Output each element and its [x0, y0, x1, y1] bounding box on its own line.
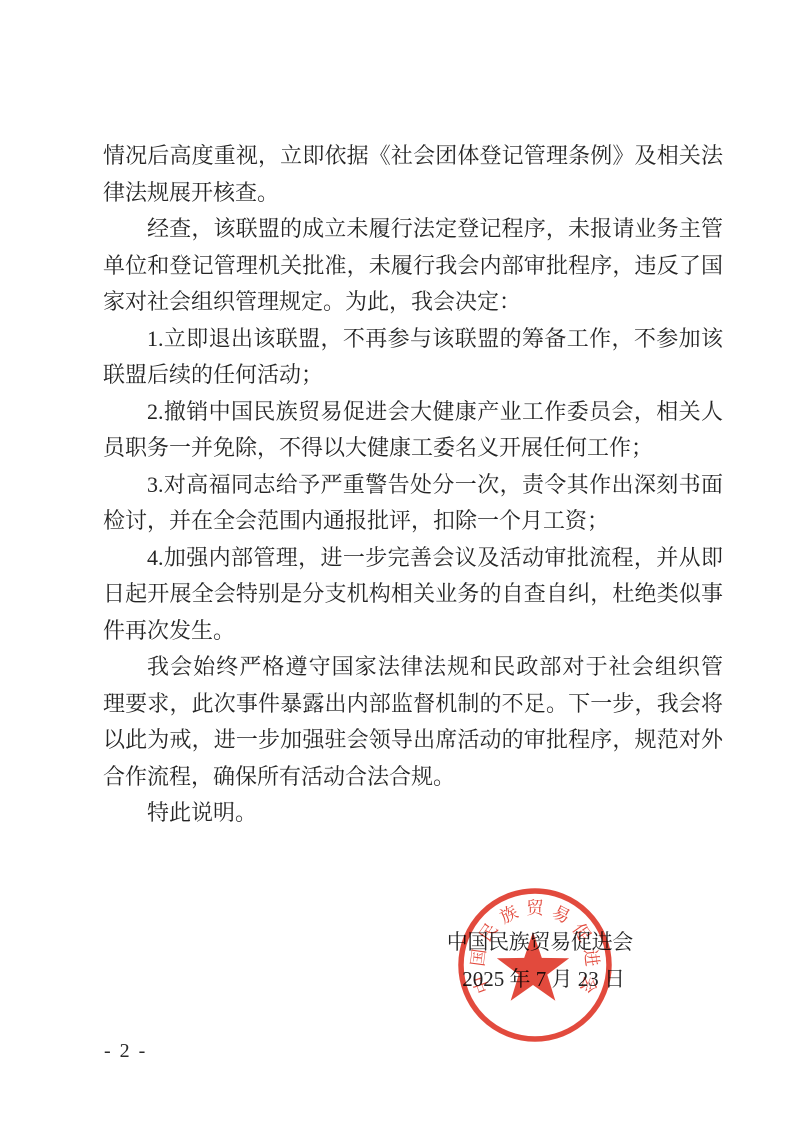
- body-text-line: 家对社会组织管理规定。为此，我会决定：: [103, 284, 723, 321]
- body-text-line: 1.立即退出该联盟，不再参与该联盟的筹备工作，不参加该: [103, 321, 723, 358]
- body-text-line: 联盟后续的任何活动；: [103, 357, 723, 394]
- body-text-line: 件再次发生。: [103, 613, 723, 650]
- seal-ring-char: 会: [576, 973, 601, 996]
- body-text-line: 经查，该联盟的成立未履行法定登记程序，未报请业务主管: [103, 211, 723, 248]
- seal-ring-char: 贸: [526, 898, 544, 918]
- document-body-text: 情况后高度重视，立即依据《社会团体登记管理条例》及相关法律法规展开核查。经查，该…: [103, 138, 723, 832]
- seal-star-icon: [497, 932, 569, 1001]
- body-text-line: 律法规展开核查。: [103, 175, 723, 212]
- body-text-line: 特此说明。: [103, 795, 723, 832]
- body-text-line: 单位和登记管理机关批准，未履行我会内部审批程序，违反了国: [103, 248, 723, 285]
- seal-ring-char: 进: [580, 948, 602, 968]
- body-text-line: 3.对高福同志给予严重警告处分一次，责令其作出深刻书面: [103, 467, 723, 504]
- body-text-line: 检讨，并在全会范围内通报批评，扣除一个月工资；: [103, 503, 723, 540]
- body-text-line: 日起开展全会特别是分支机构相关业务的自查自纠，杜绝类似事: [103, 576, 723, 613]
- seal-ring-char: 国: [467, 948, 489, 968]
- seal-ring-char: 族: [496, 901, 521, 927]
- body-text-line: 合作流程，确保所有活动合法合规。: [103, 759, 723, 796]
- seal-ring-char: 中: [469, 973, 494, 996]
- body-text-line: 情况后高度重视，立即依据《社会团体登记管理条例》及相关法: [103, 138, 723, 175]
- seal-ring-char: 促: [568, 919, 594, 945]
- official-seal-stamp: 中国民族贸易促进会: [450, 880, 620, 1050]
- body-text-line: 4.加强内部管理，进一步完善会议及活动审批流程，并从即: [103, 540, 723, 577]
- body-text-line: 员职务一并免除，不得以大健康工委名义开展任何工作；: [103, 430, 723, 467]
- body-text-line: 2.撤销中国民族贸易促进会大健康产业工作委员会，相关人: [103, 394, 723, 431]
- page-number: - 2 -: [104, 1040, 147, 1063]
- body-text-line: 我会始终严格遵守国家法律法规和民政部对于社会组织管: [103, 649, 723, 686]
- body-text-line: 以此为戒，进一步加强驻会领导出席活动的审批程序，规范对外: [103, 722, 723, 759]
- body-text-line: 理要求，此次事件暴露出内部监督机制的不足。下一步，我会将: [103, 686, 723, 723]
- seal-ring-char: 民: [475, 919, 501, 945]
- document-page: 情况后高度重视，立即依据《社会团体登记管理条例》及相关法律法规展开核查。经查，该…: [0, 0, 793, 1122]
- seal-ring-char: 易: [549, 901, 574, 927]
